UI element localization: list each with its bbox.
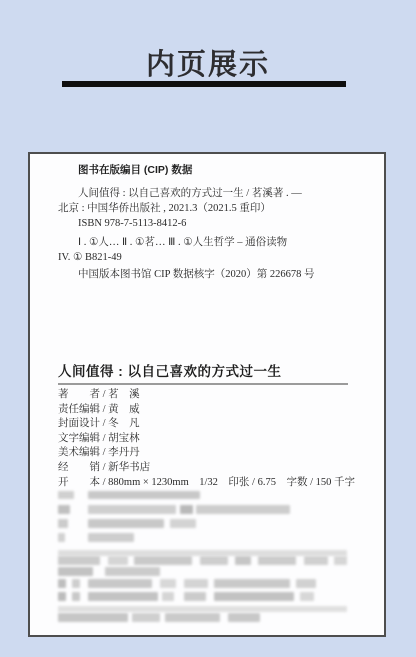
redacted-segment bbox=[184, 579, 208, 588]
redacted-segment bbox=[228, 613, 260, 622]
redacted-segment bbox=[214, 592, 294, 601]
redacted-segment bbox=[196, 505, 290, 514]
redacted-segment bbox=[108, 556, 128, 565]
redacted-segment bbox=[58, 592, 66, 601]
redacted-segment bbox=[134, 556, 192, 565]
redacted-segment bbox=[105, 567, 160, 576]
redacted-segment bbox=[58, 606, 347, 612]
redacted-segment bbox=[58, 505, 70, 514]
redacted-segment bbox=[132, 613, 160, 622]
redacted-segment bbox=[296, 579, 316, 588]
redacted-segment bbox=[58, 613, 128, 622]
redacted-segment bbox=[334, 556, 347, 565]
redacted-segment bbox=[58, 579, 66, 588]
redacted-segment bbox=[58, 533, 65, 542]
redacted-segment bbox=[88, 592, 158, 601]
redacted-segment bbox=[235, 556, 251, 565]
banner-underline bbox=[62, 81, 346, 87]
redacted-segment bbox=[304, 556, 328, 565]
redacted-segment bbox=[200, 556, 228, 565]
redacted-publisher-lines bbox=[30, 154, 384, 635]
redacted-segment bbox=[165, 613, 220, 622]
product-image-canvas: { "header": { "title": "内页展示" }, "cip": … bbox=[0, 0, 416, 657]
redacted-segment bbox=[88, 533, 134, 542]
redacted-segment bbox=[72, 592, 80, 601]
redacted-segment bbox=[72, 579, 80, 588]
redacted-segment bbox=[258, 556, 296, 565]
redacted-segment bbox=[58, 519, 68, 528]
redacted-segment bbox=[88, 505, 176, 514]
redacted-segment bbox=[160, 579, 176, 588]
redacted-segment bbox=[58, 556, 100, 565]
redacted-segment bbox=[162, 592, 174, 601]
redacted-segment bbox=[300, 592, 314, 601]
redacted-segment bbox=[88, 491, 200, 499]
redacted-segment bbox=[214, 579, 290, 588]
book-copyright-page: 图书在版编目 (CIP) 数据 人间值得 : 以自己喜欢的方式过一生 / 茗溪著… bbox=[28, 152, 386, 637]
redacted-segment bbox=[88, 519, 164, 528]
redacted-segment bbox=[88, 579, 152, 588]
redacted-segment bbox=[180, 505, 193, 514]
redacted-segment bbox=[58, 567, 93, 576]
section-banner-title: 内页展示 bbox=[0, 42, 416, 83]
redacted-segment bbox=[58, 491, 74, 499]
redacted-segment bbox=[170, 519, 196, 528]
redacted-segment bbox=[184, 592, 206, 601]
